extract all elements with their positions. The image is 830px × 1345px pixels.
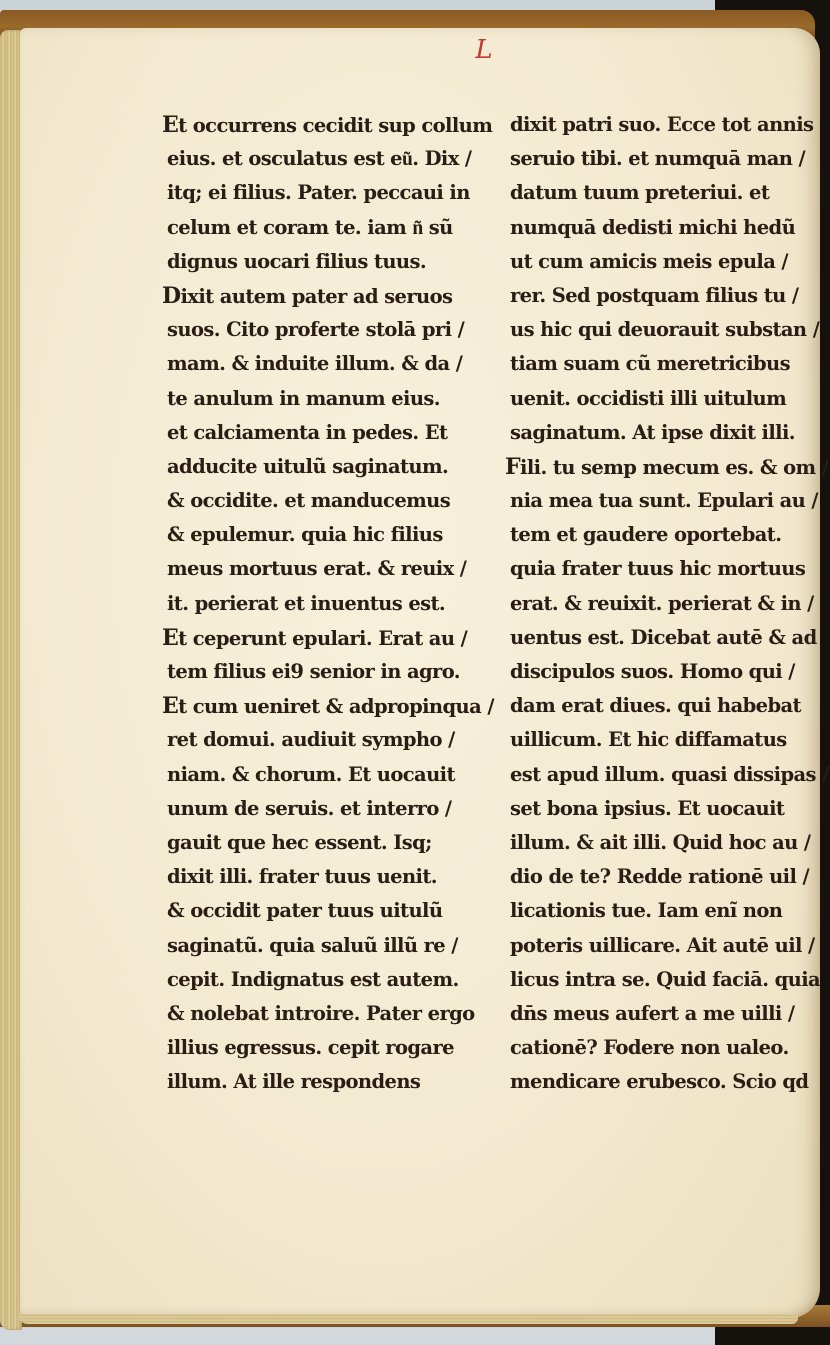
page-stack-edge-left	[0, 30, 22, 1330]
text-line: & occidit pater tuus uitulũ	[162, 894, 492, 928]
text-line: cationē? Fodere non ualeo.	[505, 1031, 805, 1065]
text-line: est apud illum. quasi dissipas /	[505, 758, 805, 792]
text-line: nia mea tua sunt. Epulari au /	[505, 484, 805, 518]
text-line: us hic qui deuorauit substan /	[505, 313, 805, 347]
text-line: erat. & reuixit. perierat & in /	[505, 587, 805, 621]
text-line: uenit. occidisti illi uitulum	[505, 382, 805, 416]
text-line: licationis tue. Iam enĩ non	[505, 894, 805, 928]
text-line: celum et coram te. iam n͂ sũ	[162, 211, 492, 245]
text-line: illum. & ait illi. Quid hoc au /	[505, 826, 805, 860]
text-line-initial: Et cum ueniret & adpropinqua /	[162, 689, 492, 723]
text-line-initial: Et occurrens cecidit sup collum	[162, 108, 492, 142]
text-line: tem filius ei9 senior in agro.	[162, 655, 492, 689]
text-line: tem et gaudere oportebat.	[505, 518, 805, 552]
page-stack-edge-bottom	[18, 1314, 798, 1324]
text-line: meus mortuus erat. & reuix /	[162, 552, 492, 586]
text-line: poteris uillicare. Ait autē uil /	[505, 929, 805, 963]
text-line: saginatũ. quia saluũ illũ re /	[162, 929, 492, 963]
text-line: datum tuum preteriui. et	[505, 176, 805, 210]
text-line: unum de seruis. et interro /	[162, 792, 492, 826]
text-line: seruio tibi. et numquā man /	[505, 142, 805, 176]
text-line: dn̄s meus aufert a me uilli /	[505, 997, 805, 1031]
text-line: uillicum. Et hic diffamatus	[505, 723, 805, 757]
text-line: mendicare erubesco. Scio qd	[505, 1065, 805, 1099]
text-line: licus intra se. Quid faciā. quia	[505, 963, 805, 997]
text-line: cepit. Indignatus est autem.	[162, 963, 492, 997]
text-line: & occidite. et manducemus	[162, 484, 492, 518]
text-line: dixit patri suo. Ecce tot annis	[505, 108, 805, 142]
text-line: discipulos suos. Homo qui /	[505, 655, 805, 689]
text-line-initial: Et ceperunt epulari. Erat au /	[162, 621, 492, 655]
text-line: gauit que hec essent. Isq;	[162, 826, 492, 860]
text-line: saginatum. At ipse dixit illi.	[505, 416, 805, 450]
text-line: dignus uocari filius tuus.	[162, 245, 492, 279]
text-line: illum. At ille respondens	[162, 1065, 492, 1099]
text-line: tiam suam cũ meretricibus	[505, 347, 805, 381]
text-line: numquā dedisti michi hedũ	[505, 211, 805, 245]
text-line: quia frater tuus hic mortuus	[505, 552, 805, 586]
text-line: mam. & induite illum. & da /	[162, 347, 492, 381]
text-line-initial: Fili. tu semp mecum es. & om /	[505, 450, 805, 484]
text-line: dam erat diues. qui habebat	[505, 689, 805, 723]
text-line: niam. & chorum. Et uocauit	[162, 758, 492, 792]
text-line: adducite uitulũ saginatum.	[162, 450, 492, 484]
text-column-right: dixit patri suo. Ecce tot annisseruio ti…	[505, 108, 805, 1099]
text-line: et calciamenta in pedes. Et	[162, 416, 492, 450]
text-line: & nolebat introire. Pater ergo	[162, 997, 492, 1031]
text-line: itq; ei filius. Pater. peccaui in	[162, 176, 492, 210]
folio-mark: L	[466, 34, 502, 66]
text-line: uentus est. Dicebat autē & ad	[505, 621, 805, 655]
text-line: & epulemur. quia hic filius	[162, 518, 492, 552]
text-line: eius. et osculatus est eu͂. Dix /	[162, 142, 492, 176]
text-column-left: Et occurrens cecidit sup collumeius. et …	[162, 108, 492, 1099]
background-bottom	[0, 1328, 715, 1345]
text-line: set bona ipsius. Et uocauit	[505, 792, 805, 826]
text-line: illius egressus. cepit rogare	[162, 1031, 492, 1065]
text-line: dio de te? Redde rationē uil /	[505, 860, 805, 894]
text-line: ut cum amicis meis epula /	[505, 245, 805, 279]
text-line: rer. Sed postquam filius tu /	[505, 279, 805, 313]
text-line-initial: Dixit autem pater ad seruos	[162, 279, 492, 313]
text-line: it. perierat et inuentus est.	[162, 587, 492, 621]
text-line: dixit illi. frater tuus uenit.	[162, 860, 492, 894]
text-line: te anulum in manum eius.	[162, 382, 492, 416]
text-line: ret domui. audiuit sympho /	[162, 723, 492, 757]
text-line: suos. Cito proferte stolā pri /	[162, 313, 492, 347]
